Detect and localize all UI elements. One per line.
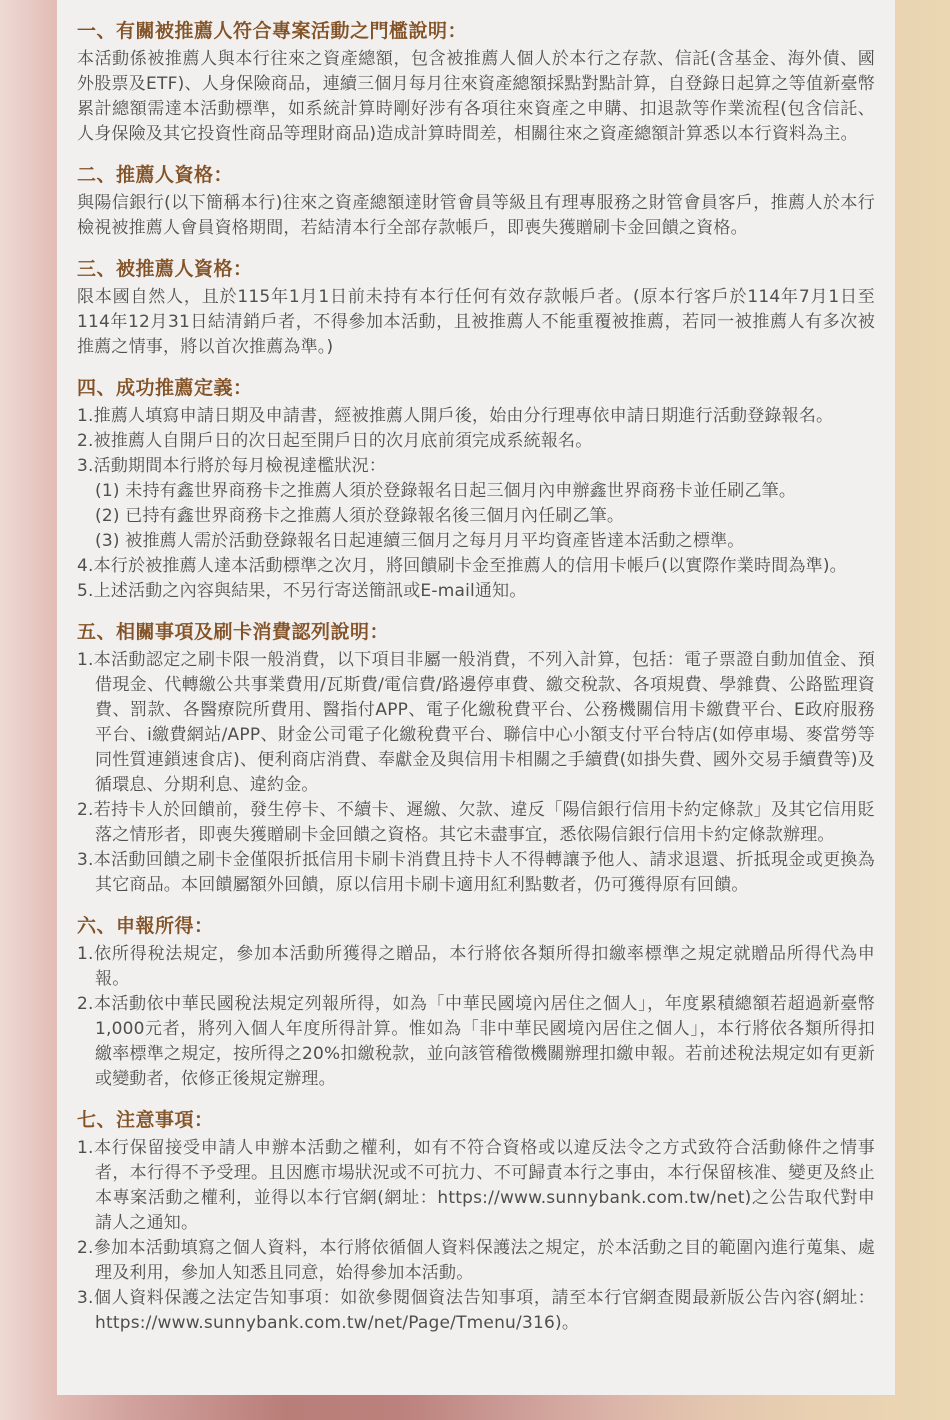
list-item: 1.依所得稅法規定，參加本活動所獲得之贈品，本行將依各類所得扣繳率標準之規定就贈… [77,942,875,992]
terms-section: 七、注意事項：1.本行保留接受申請人申辦本活動之權利，如有不符合資格或以違反法令… [77,1107,875,1336]
list-item: 4.本行於被推薦人達本活動標準之次月，將回饋刷卡金至推薦人的信用卡帳戶(以實際作… [77,554,875,579]
section-heading: 五、相關事項及刷卡消費認列說明： [77,619,875,645]
terms-section: 四、成功推薦定義：1.推薦人填寫申請日期及申請書，經被推薦人開戶後，始由分行理專… [77,375,875,604]
list-item: 1.本活動認定之刷卡限一般消費，以下項目非屬一般消費，不列入計算，包括：電子票證… [77,648,875,798]
section-heading: 七、注意事項： [77,1107,875,1133]
list-item: 5.上述活動之內容與結果，不另行寄送簡訊或E-mail通知。 [77,579,875,604]
list-item: 1.本行保留接受申請人申辦本活動之權利，如有不符合資格或以違反法令之方式致符合活… [77,1136,875,1236]
list-item: 2.被推薦人自開戶日的次日起至開戶日的次月底前須完成系統報名。 [77,429,875,454]
terms-section: 三、被推薦人資格：限本國自然人，且於115年1月1日前未持有本行任何有效存款帳戶… [77,256,875,360]
sub-list-item: (3) 被推薦人需於活動登錄報名日起連續三個月之每月月平均資產皆達本活動之標準。 [95,529,875,554]
list-item: 3.本活動回饋之刷卡金僅限折抵信用卡刷卡消費且持卡人不得轉讓予他人、請求退還、折… [77,848,875,898]
page-background: 一、有關被推薦人符合專案活動之門檻說明：本活動係被推薦人與本行往來之資產總額，包… [0,0,950,1420]
terms-panel: 一、有關被推薦人符合專案活動之門檻說明：本活動係被推薦人與本行往來之資產總額，包… [57,0,895,1395]
paragraph: 本活動係被推薦人與本行往來之資產總額，包含被推薦人個人於本行之存款、信託(含基金… [77,47,875,147]
paragraph: 與陽信銀行(以下簡稱本行)往來之資產總額達財管會員等級且有理專服務之財管會員客戶… [77,191,875,241]
list-item: 2.本活動依中華民國稅法規定列報所得，如為「中華民國境內居住之個人」，年度累積總… [77,992,875,1092]
section-heading: 二、推薦人資格： [77,162,875,188]
sub-list-item: (2) 已持有鑫世界商務卡之推薦人須於登錄報名後三個月內任刷乙筆。 [95,504,875,529]
sub-list-item: (1) 未持有鑫世界商務卡之推薦人須於登錄報名日起三個月內申辦鑫世界商務卡並任刷… [95,479,875,504]
section-heading: 三、被推薦人資格： [77,256,875,282]
section-heading: 一、有關被推薦人符合專案活動之門檻說明： [77,18,875,44]
list-item: 3.活動期間本行將於每月檢視達檻狀況： [77,454,875,479]
list-item: 3.個人資料保護之法定告知事項：如欲參閱個資法告知事項，請至本行官網查閱最新版公… [77,1286,875,1336]
list-item: 2.參加本活動填寫之個人資料，本行將依循個人資料保護法之規定，於本活動之目的範圍… [77,1236,875,1286]
terms-section: 二、推薦人資格：與陽信銀行(以下簡稱本行)往來之資產總額達財管會員等級且有理專服… [77,162,875,241]
list-item: 1.推薦人填寫申請日期及申請書，經被推薦人開戶後，始由分行理專依申請日期進行活動… [77,404,875,429]
section-heading: 六、申報所得： [77,913,875,939]
list-item: 2.若持卡人於回饋前，發生停卡、不續卡、遲繳、欠款、違反「陽信銀行信用卡約定條款… [77,798,875,848]
terms-section: 五、相關事項及刷卡消費認列說明：1.本活動認定之刷卡限一般消費，以下項目非屬一般… [77,619,875,898]
terms-section: 六、申報所得：1.依所得稅法規定，參加本活動所獲得之贈品，本行將依各類所得扣繳率… [77,913,875,1092]
paragraph: 限本國自然人，且於115年1月1日前未持有本行任何有效存款帳戶者。(原本行客戶於… [77,285,875,360]
section-heading: 四、成功推薦定義： [77,375,875,401]
terms-section: 一、有關被推薦人符合專案活動之門檻說明：本活動係被推薦人與本行往來之資產總額，包… [77,18,875,147]
